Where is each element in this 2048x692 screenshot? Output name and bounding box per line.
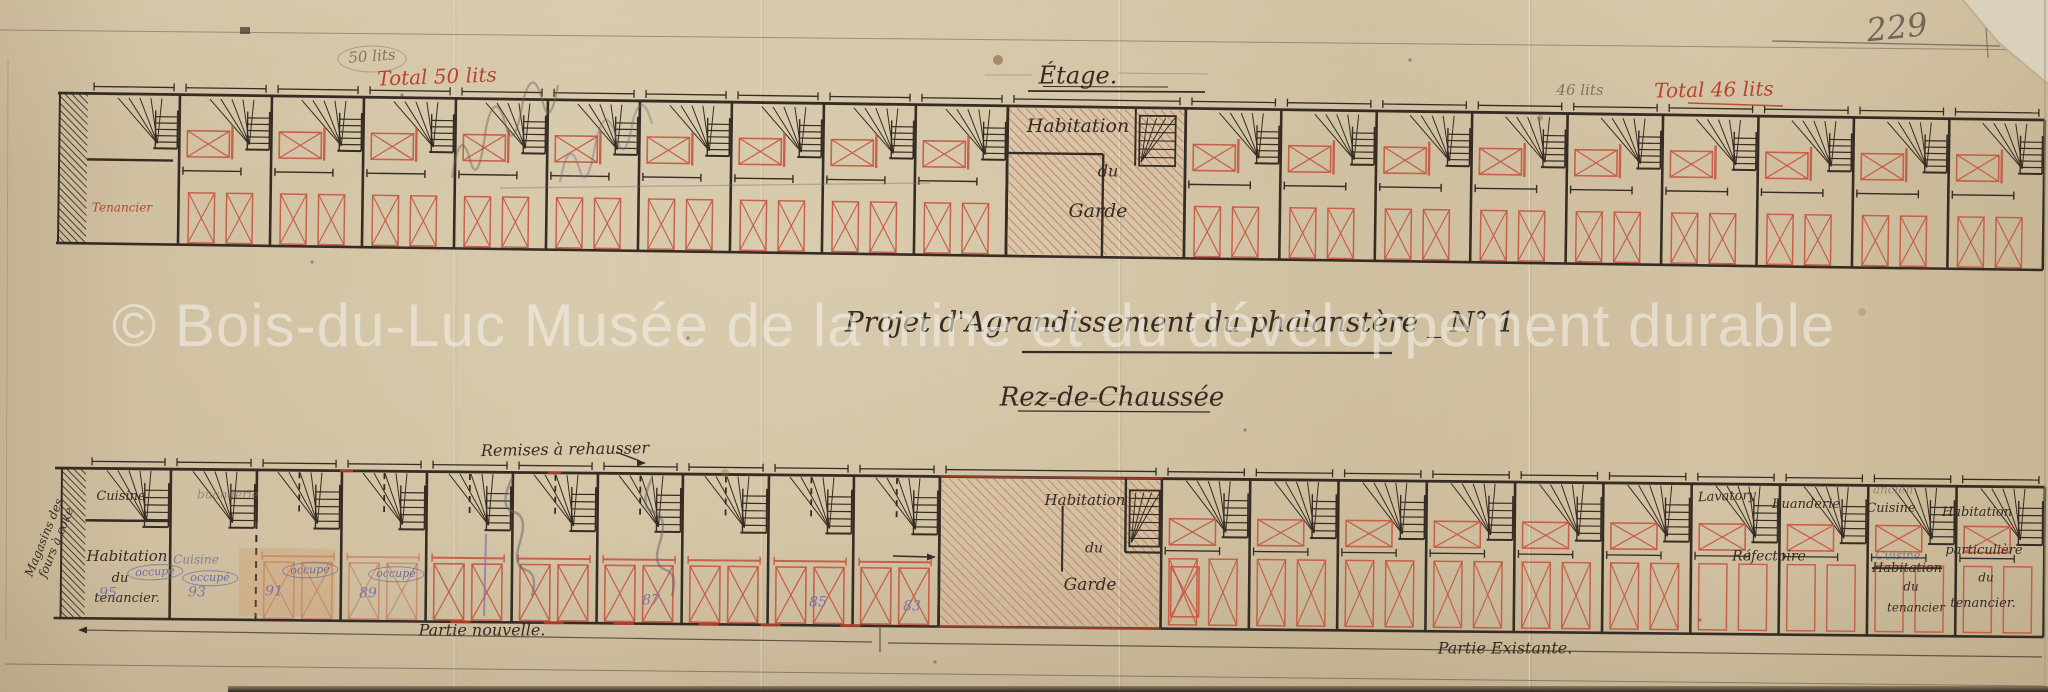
label-garde-etage-2: du xyxy=(1098,164,1119,181)
label-tenancier-red: Tenancier xyxy=(92,202,152,215)
label-du-3: du xyxy=(1978,572,1993,585)
house-number: 91 xyxy=(265,585,283,600)
label-garde-etage-1: Habitation xyxy=(1027,117,1130,137)
house-number: 85 xyxy=(809,596,827,611)
label-lavatory: Lavatory xyxy=(1698,489,1757,505)
label-refectoire: Réfectoire xyxy=(1732,550,1806,565)
note-cuisine-pencil-1: Cuisine xyxy=(173,554,219,567)
label-buanderie-pencil: buanderie xyxy=(197,489,259,502)
label-garde-rdc-2: du xyxy=(1085,542,1103,557)
label-beds-top-pencil: 50 lits xyxy=(348,47,396,66)
label-partie-existante: Partie Existante. xyxy=(1438,641,1573,658)
label-remises: Remises à rehausser xyxy=(481,440,649,460)
scanned-plan-sheet: 50 lits Total 50 lits 46 lits Total 46 l… xyxy=(0,0,2048,692)
scan-edge xyxy=(228,686,2048,692)
label-beds-right-pencil: 46 lits xyxy=(1556,83,1603,99)
museum-watermark: © Bois-du-Luc Musée de la mine et du dév… xyxy=(112,291,1835,360)
label-habitation-struck: Habitation xyxy=(1872,562,1942,576)
label-habitation-2: Habitation xyxy=(1942,506,2012,520)
label-buanderie: Buanderie xyxy=(1772,498,1840,512)
label-tenancier-3: tenancier. xyxy=(1950,597,2015,611)
house-number: 95 xyxy=(99,587,117,602)
page-number: 229 xyxy=(1865,8,1929,48)
note-ancien-pencil: ancien xyxy=(1873,484,1913,497)
label-partie-nouvelle: Partie nouvelle. xyxy=(419,623,546,640)
label-cuisine-2: Cuisine xyxy=(1866,502,1915,516)
house-number: 83 xyxy=(903,600,921,615)
house-number: 89 xyxy=(359,587,377,602)
label-particuliere: particulière xyxy=(1945,544,2022,558)
label-garde-rdc-1: Habitation xyxy=(1045,493,1126,509)
label-du-1: du xyxy=(112,572,129,586)
label-cuisine-1: Cuisine xyxy=(96,490,145,504)
title-etage: Étage. xyxy=(1039,63,1118,88)
label-garde-rdc-3: Garde xyxy=(1064,577,1117,595)
note-occupe-4: occupé xyxy=(368,566,424,582)
label-du-2: du xyxy=(1903,581,1918,594)
house-number: 93 xyxy=(188,586,206,601)
label-beds-right-red: Total 46 lits xyxy=(1654,78,1774,101)
title-rez-de-chaussee: Rez-de-Chaussée xyxy=(1000,384,1225,411)
note-occupe-2: occupé xyxy=(182,570,238,586)
label-garde-etage-3: Garde xyxy=(1069,202,1128,222)
label-beds-top-red: Total 50 lits xyxy=(377,64,497,89)
house-number: 87 xyxy=(642,594,660,609)
label-tenancier-2: tenancier xyxy=(1887,602,1945,615)
label-habitation-1: Habitation xyxy=(87,549,168,565)
